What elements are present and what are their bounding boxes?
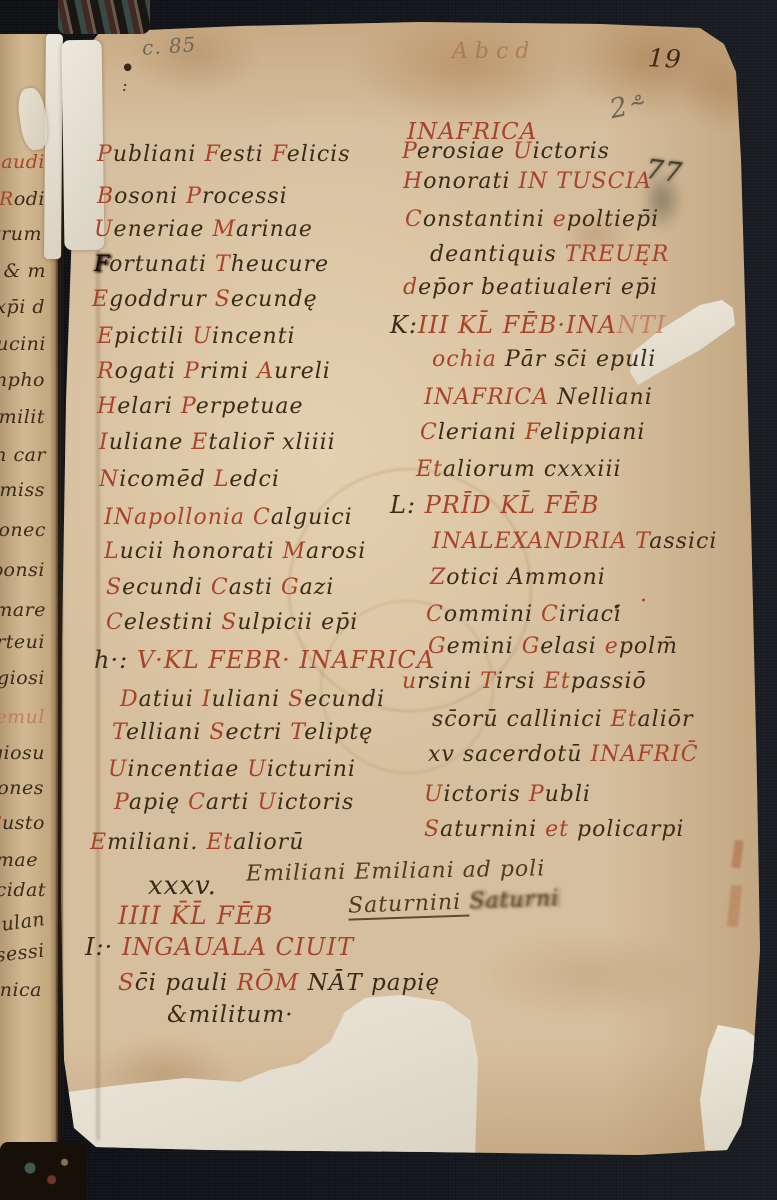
text-run: eliptę [304,720,373,745]
text-run: miliani. [107,830,206,855]
text-run: T [215,252,231,277]
right-column-line: xv sacerdotū INAFRIC̄ [428,743,699,766]
text-run: incentiae [128,757,248,782]
text-run: ubli [545,782,591,807]
left-column-line: Emiliani. Etaliorū [90,831,304,854]
text-run: T [635,529,649,554]
text-run: osoni [114,184,186,209]
ink-dots-line: · [612,592,623,624]
text-run: · [640,589,648,614]
text-run: C [420,420,438,445]
text-run: INAFRICA [424,385,557,410]
text-run: eneriae [114,217,213,242]
text-run: M [212,217,236,242]
text-run: ictoris [533,139,610,164]
text-run: V·KL FEBR· INAFRICA [137,646,435,674]
text-run: E [191,430,208,455]
text-run: ureli [274,359,331,384]
text-run: T [112,720,126,745]
manuscript-photo: ir Claudini Rodiratrumcissi & meri xp̄i … [0,0,777,1200]
text-run: h·: [94,646,137,674]
text-run: leriani [438,420,525,445]
text-run: H [403,169,423,194]
right-column-line: Honorati IN TUSCIA [403,170,652,193]
text-run: Z [430,565,446,590]
left-column-line: Epictili Uincenti [97,325,296,348]
text-run: arinae [236,217,313,242]
text-run: ochia [432,347,505,372]
left-column-line: Uincentiae Uicturini [108,758,356,781]
text-run: Pār sc̄i epuli [505,347,656,372]
text-run: U [192,324,212,349]
left-column-line: Datiui Iuliani Secundi [120,688,385,711]
text-run: I [99,430,109,455]
bottom-entries-line: xxxv. [148,873,217,900]
right-column-line: Gemini Gelasi epolm̄ [428,635,678,658]
top-annotations-line: c. 85 [141,34,197,59]
text-run: Nelliani [557,385,653,410]
text-run: arosi [306,539,366,564]
text-run: ubliani [113,142,205,167]
text-run: B [97,184,114,209]
text-run: xv sacerdotū [428,742,590,767]
right-column-line: Saturnini et policarpi [424,818,684,841]
text-run: ictoris [444,782,529,807]
top-annotations-line: 19 [647,45,682,73]
top-annotations-line: Abcd [452,40,536,63]
right-column-line: Perosiae Uictoris [402,140,610,163]
text-run: passiō [571,669,647,694]
text-run: · [612,590,623,625]
text-run: G [281,575,300,600]
left-column-line: Papię Carti Uictoris [114,791,354,814]
text-run: C [106,610,124,635]
text-run: emini [447,634,522,659]
text-run: uliani [212,687,289,712]
text-run: onstantini [423,207,553,232]
right-column-line: Uictoris Publi [424,783,591,806]
text-run: INALEXANDRIA [432,529,635,554]
text-run: S [221,610,237,635]
text-run: c. 85 [141,32,197,60]
text-run: NĀT papię [308,970,441,996]
text-run: d [403,275,418,300]
text-run: U [94,217,114,242]
left-column-line: Celestini Sulpicii ep̄i [106,611,358,634]
text-run: F [272,142,287,167]
text-run: E [92,287,109,312]
text-run: 19 [647,43,682,74]
text-run: rsini [417,669,480,694]
text-run: P [114,790,129,815]
text-run: esti [220,142,272,167]
ink-dots-line: · [731,50,738,69]
text-run: polm̄ [619,634,678,659]
text-run: ommini [444,602,541,627]
text-run: ucii honorati [120,539,283,564]
bottom-entries-line: Emiliani Emiliani ad poli [246,857,546,885]
right-column-line: K:III KL̄ FĒB·INANTI [390,313,666,338]
text-run: U [257,790,277,815]
left-column-line: Ueneriae Marinae [94,218,313,241]
text-run: icomēd [119,467,214,492]
text-run: pictili [114,324,192,349]
ink-dots-line: : [122,78,128,95]
text-run: P [97,142,113,167]
text-run: U [247,757,267,782]
text-run: erpetuae [196,394,304,419]
top-annotations-line: 2⸛ [607,90,647,125]
text-run: heucure [231,252,329,277]
text-run: Et [544,669,571,694]
text-run: S [118,970,135,996]
text-run: S [209,720,225,745]
text-run: RŌM [237,970,308,996]
right-column-line: Etaliorum cxxxiii [416,458,622,481]
left-column-line: Egoddrur Secundę [92,288,318,311]
text-run: C [405,207,423,232]
text-run: K: [390,311,418,339]
text-run: asti [229,575,281,600]
text-run: rimi [200,359,257,384]
text-run: onorati [423,169,518,194]
text-run: F [94,252,109,277]
left-column-line: Publiani Festi Felicis [97,143,351,166]
text-run: INAFRIC̄ [590,742,698,767]
text-run: T [480,669,496,694]
text-run: A [257,359,274,384]
right-column-line: ursini Tirsi Etpassiō [402,670,647,693]
right-column-line: Cleriani Felippiani [420,421,645,444]
text-run: IIII K̄L̄ FĒB [118,901,274,930]
right-column-line: dep̄or beatiualeri ep̄i [403,276,658,299]
text-run: ecundę [231,287,318,312]
text-run: policarpi [577,817,684,842]
left-column-line: Secundi Casti Gazi [106,576,334,599]
text-run: U [424,782,444,807]
text-run: xxxv. [148,871,217,901]
text-run: G [522,634,541,659]
left-column-line: Lucii honorati Marosi [104,540,366,563]
left-column-line: Telliani Sectri Teliptę [112,721,373,744]
text-run: L [104,539,120,564]
right-column-line: Zotici Ammoni [430,566,606,589]
right-column-line: Commini Ciriaci [426,603,622,626]
text-run: e [605,634,619,659]
left-column-line: Bosoni Processi [97,185,288,208]
text-run: assici [649,529,717,554]
text-run: INapollonia [104,505,253,530]
text-run: elliani [126,720,209,745]
text-run: P [529,782,545,807]
text-run: G [428,634,447,659]
bottom-entries-line: &militum· [167,1003,294,1027]
left-column-line: Rogati Primi Aureli [97,360,331,383]
text-run: L [214,467,230,492]
left-column-line: INapollonia Calguici [104,506,353,529]
text-run: Ammoni [508,565,606,590]
text-run: U [513,139,533,164]
text-run: goddrur [109,287,215,312]
text-run: M [283,539,307,564]
bottom-entries-line: Saturnini Saturni [348,887,560,917]
text-run: deantiquis [430,242,565,267]
text-run: U [108,757,128,782]
text-run: NTI [617,311,667,339]
text-run: aliorum cxxxiii [443,457,622,482]
text-run: ogati [115,359,184,384]
text-run: erosiae [417,139,513,164]
left-column-line: h·: V·KL FEBR· INAFRICA [94,648,435,673]
text-run: ep̄or beatiualeri ep̄i [418,275,658,300]
text-run: Saturni [469,886,560,914]
text-run: poltiep̄i [567,207,659,232]
text-run: rocessi [202,184,288,209]
text-run: E [97,324,114,349]
text-run: D [120,687,139,712]
text-run: Abcd [452,39,536,64]
text-run: IN TUSCIA [518,169,652,194]
text-run: et [545,817,577,842]
right-column-line: L: PRĪD KL̄ FĒB [390,493,600,518]
text-run: C [541,602,559,627]
text-run: incenti [212,324,296,349]
text-run: otici [446,565,507,590]
text-run: elari [117,394,181,419]
left-column-line: Nicomēd Ledci [99,468,280,491]
text-run: C [211,575,229,600]
text-run: Et [416,457,443,482]
text-run: aliorū [233,830,304,855]
text-run: Emiliani Emiliani ad poli [246,856,546,886]
text-run: S [215,287,231,312]
text-run: C [426,602,444,627]
text-run: azi [300,575,335,600]
text-run: T [290,720,304,745]
text-run: sc̄orū callinici [432,707,611,732]
text-run: ulpicii ep̄i [237,610,358,635]
text-run: aturnini [440,817,545,842]
right-column-line: ochia Pār sc̄i epuli [432,348,656,371]
text-run: alguici [271,505,353,530]
left-column-line: Fortunati Theucure [94,253,329,276]
text-run: edci [229,467,279,492]
text-run: &militum· [167,1002,294,1028]
text-run: icturini [267,757,356,782]
text-run: talior̄ xliiii [208,430,335,455]
bottom-entries-line: I:· INGAUALA CIUIT [85,935,354,960]
left-column-line: Iuliane Etalior̄ xliiii [99,431,336,454]
text-run: ecundi [304,687,385,712]
page-text: c. 85Abcd192⸛77Publiani Festi FelicisBos… [0,0,777,1200]
text-run: P [402,139,417,164]
text-run: aliōr [638,707,694,732]
left-column-line: Helari Perpetuae [97,395,304,418]
right-column-line: INAFRICA Nelliani [424,386,653,409]
text-run: · [731,48,738,69]
text-run: u [402,669,417,694]
text-run: F [204,142,219,167]
text-run: c̄i pauli [135,970,237,996]
text-run: L: [390,491,416,519]
ink-dots-line: · [640,590,648,613]
text-run: uliane [109,430,192,455]
text-run: Et [206,830,233,855]
text-run: P [184,359,200,384]
text-run: R [97,359,115,384]
text-run: elestini [124,610,221,635]
text-run: ortunati [109,252,215,277]
text-run: C [188,790,206,815]
text-run: apię [129,790,188,815]
text-run: H [97,394,117,419]
text-run: elicis [287,142,351,167]
text-run: S [288,687,304,712]
text-run: PRĪD KL̄ FĒB [416,491,600,519]
text-run: S [106,575,122,600]
text-run: irsi [496,669,544,694]
text-run: elippiani [540,420,646,445]
text-run: arti [206,790,258,815]
text-run: ectri [226,720,291,745]
bottom-entries-line: Sc̄i pauli RŌM NĀT papię [118,971,440,995]
text-run: : [122,76,128,95]
right-column-line: Constantini epoltiep̄i [405,208,659,231]
bottom-entries-line: IIII K̄L̄ FĒB [118,903,274,929]
text-run: Saturnini [348,889,470,920]
text-run: e [553,207,567,232]
right-column-line: INALEXANDRIA Tassici [432,530,717,553]
text-run: F [525,420,540,445]
text-run: ictoris [277,790,354,815]
right-column-line: deantiquis TREUĘR [430,243,669,266]
text-run: TREUĘR [565,242,669,267]
text-run: N [99,467,119,492]
text-run: INGAUALA CIUIT [122,933,354,961]
text-run: III KL̄ FĒB·INA [418,311,617,339]
text-run: S [424,817,440,842]
text-run: elasi [540,634,605,659]
text-run: C [253,505,271,530]
text-run: atiui [139,687,202,712]
text-run: Et [611,707,638,732]
text-run: I [202,687,212,712]
text-run: 2⸛ [607,88,647,126]
text-run: E [90,830,107,855]
text-run: P [186,184,202,209]
right-column-line: sc̄orū callinici Etaliōr [432,708,694,731]
text-run: I:· [85,933,122,961]
text-run: ecundi [122,575,211,600]
text-run: P [181,394,196,419]
